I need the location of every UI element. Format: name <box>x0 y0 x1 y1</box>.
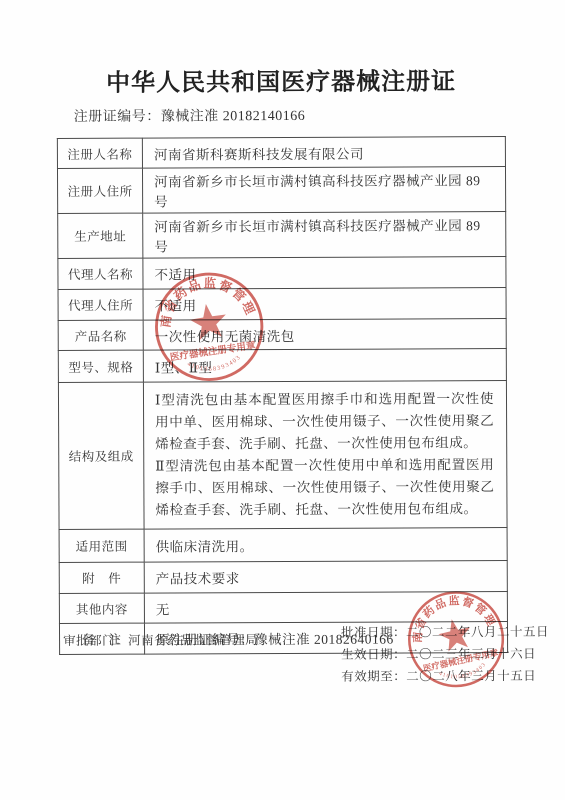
table-row: 产品名称 一次性使用无菌清洗包 <box>58 319 506 351</box>
row-label: 适用范围 <box>59 529 144 562</box>
table-row: 附 件 产品技术要求 <box>59 561 507 594</box>
row-value: 不适用 <box>143 257 506 290</box>
row-label: 附 件 <box>59 562 144 593</box>
approval-date-value: 二〇二二年八月二十五日 <box>406 625 549 640</box>
approval-department-label: 审批部门： <box>63 634 128 648</box>
row-label: 代理人住所 <box>58 289 143 320</box>
row-value: 河南省新乡市长垣市满村镇高科技医疗器械产业园 89 号 <box>142 167 505 214</box>
table-row: 注册人名称 河南省斯科赛斯科技发展有限公司 <box>57 137 505 169</box>
row-label: 生产地址 <box>58 213 143 258</box>
dates-block: 批准日期：二〇二二年八月二十五日 生效日期：二〇二三年三月十六日 有效期至：二〇… <box>341 621 549 688</box>
row-value: 河南省新乡市长垣市满村镇高科技医疗器械产业园 89 号 <box>143 212 506 259</box>
row-value: 一次性使用无菌清洗包 <box>143 319 506 351</box>
table-row: 生产地址 河南省新乡市长垣市满村镇高科技医疗器械产业园 89 号 <box>58 212 506 259</box>
expiry-date-line: 有效期至：二〇二八年三月十五日 <box>341 665 549 688</box>
table-row: 其他内容 无 <box>59 592 507 624</box>
row-label: 结构及组成 <box>58 382 144 529</box>
row-value: 供临床清洗用。 <box>144 528 507 563</box>
table-row: 代理人名称 不适用 <box>58 257 506 290</box>
certificate-table: 注册人名称 河南省斯科赛斯科技发展有限公司 注册人住所 河南省新乡市长垣市满村镇… <box>57 136 508 655</box>
row-value-structure: Ⅰ型清洗包由基本配置医用擦手巾和选用配置一次性使用中单、医用棉球、一次性使用镊子… <box>143 381 507 530</box>
certificate-sheet: 中华人民共和国医疗器械注册证 注册证编号：豫械注准 20182140166 注册… <box>0 0 565 800</box>
effective-date-line: 生效日期：二〇二三年三月十六日 <box>341 643 549 666</box>
table-row: 注册人住所 河南省新乡市长垣市满村镇高科技医疗器械产业园 89 号 <box>57 167 505 214</box>
row-label: 代理人名称 <box>58 258 143 289</box>
approval-department-line: 审批部门：河南省药品监督管理局 <box>63 630 258 649</box>
table-row: 型号、规格 Ⅰ型、Ⅱ型 <box>58 349 506 383</box>
effective-date-value: 二〇二三年三月十六日 <box>406 647 536 662</box>
row-value: 不适用 <box>143 288 506 321</box>
table-row: 代理人住所 不适用 <box>58 288 506 321</box>
approval-department-value: 河南省药品监督管理局 <box>128 633 258 648</box>
registration-number-value: 豫械注准 20182140166 <box>161 109 306 125</box>
row-label: 产品名称 <box>58 320 143 350</box>
effective-date-label: 生效日期： <box>341 647 406 661</box>
row-value: 无 <box>144 592 507 624</box>
row-label: 型号、规格 <box>58 350 143 382</box>
registration-number-label: 注册证编号： <box>74 110 161 125</box>
registration-number-line: 注册证编号：豫械注准 20182140166 <box>74 105 306 126</box>
row-value: 河南省斯科赛斯科技发展有限公司 <box>142 137 505 169</box>
structure-paragraph-2: Ⅱ型清洗包由基本配置一次性使用中单和选用配置医用擦手巾、医用棉球、一次性使用镊子… <box>155 454 494 521</box>
row-value: 产品技术要求 <box>144 561 507 594</box>
structure-paragraph-1: Ⅰ型清洗包由基本配置医用擦手巾和选用配置一次性使用中单、医用棉球、一次性使用镊子… <box>155 388 494 455</box>
row-label: 注册人名称 <box>57 138 142 168</box>
row-label: 其他内容 <box>59 593 144 623</box>
expiry-date-label: 有效期至： <box>341 669 406 683</box>
table-row-structure: 结构及组成 Ⅰ型清洗包由基本配置医用擦手巾和选用配置一次性使用中单、医用棉球、一… <box>58 381 507 530</box>
certificate-title: 中华人民共和国医疗器械注册证 <box>0 61 564 98</box>
expiry-date-value: 二〇二八年三月十五日 <box>406 669 536 684</box>
approval-date-label: 批准日期： <box>341 625 406 639</box>
certificate-page: 中华人民共和国医疗器械注册证 注册证编号：豫械注准 20182140166 注册… <box>0 0 565 800</box>
table-row: 适用范围 供临床清洗用。 <box>59 528 507 563</box>
approval-date-line: 批准日期：二〇二二年八月二十五日 <box>341 621 549 644</box>
row-label: 注册人住所 <box>57 168 142 213</box>
row-value: Ⅰ型、Ⅱ型 <box>143 349 506 383</box>
